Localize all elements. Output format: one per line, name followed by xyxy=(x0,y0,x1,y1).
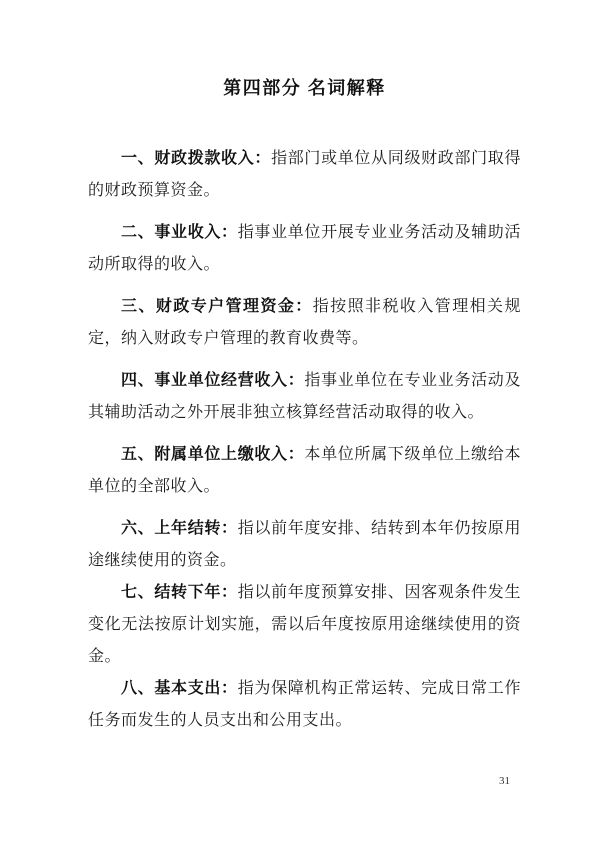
term-paragraph: 六、上年结转：指以前年度安排、结转到本年仍按原用途继续使用的资金。 xyxy=(88,513,521,577)
term-label: 八、基本支出： xyxy=(121,680,238,697)
term-label: 三、财政专户管理资金： xyxy=(121,298,313,315)
page-title: 第四部分 名词解释 xyxy=(88,76,521,100)
term-label: 七、结转下年： xyxy=(121,584,238,601)
term-paragraph: 四、事业单位经营收入：指事业单位在专业业务活动及其辅助活动之外开展非独立核算经营… xyxy=(88,365,521,429)
document-page: 第四部分 名词解释 一、财政拨款收入：指部门或单位从同级财政部门取得的财政预算资… xyxy=(0,0,600,848)
page-number: 31 xyxy=(499,775,510,788)
term-paragraph: 七、结转下年：指以前年度预算安排、因客观条件发生变化无法按原计划实施，需以后年度… xyxy=(88,577,521,673)
term-label: 六、上年结转： xyxy=(121,520,238,537)
term-label: 一、财政拨款收入： xyxy=(121,150,271,167)
term-paragraph: 八、基本支出：指为保障机构正常运转、完成日常工作任务而发生的人员支出和公用支出。 xyxy=(88,673,521,737)
term-paragraph: 二、事业收入：指事业单位开展专业业务活动及辅助活动所取得的收入。 xyxy=(88,217,521,281)
term-paragraph: 一、财政拨款收入：指部门或单位从同级财政部门取得的财政预算资金。 xyxy=(88,143,521,207)
term-label: 二、事业收入： xyxy=(121,224,238,241)
term-paragraph: 三、财政专户管理资金：指按照非税收入管理相关规定，纳入财政专户管理的教育收费等。 xyxy=(88,291,521,355)
document-content: 第四部分 名词解释 一、财政拨款收入：指部门或单位从同级财政部门取得的财政预算资… xyxy=(88,76,521,737)
term-label: 四、事业单位经营收入： xyxy=(121,372,304,389)
term-paragraph: 五、附属单位上缴收入：本单位所属下级单位上缴给本单位的全部收入。 xyxy=(88,439,521,503)
term-label: 五、附属单位上缴收入： xyxy=(121,446,304,463)
